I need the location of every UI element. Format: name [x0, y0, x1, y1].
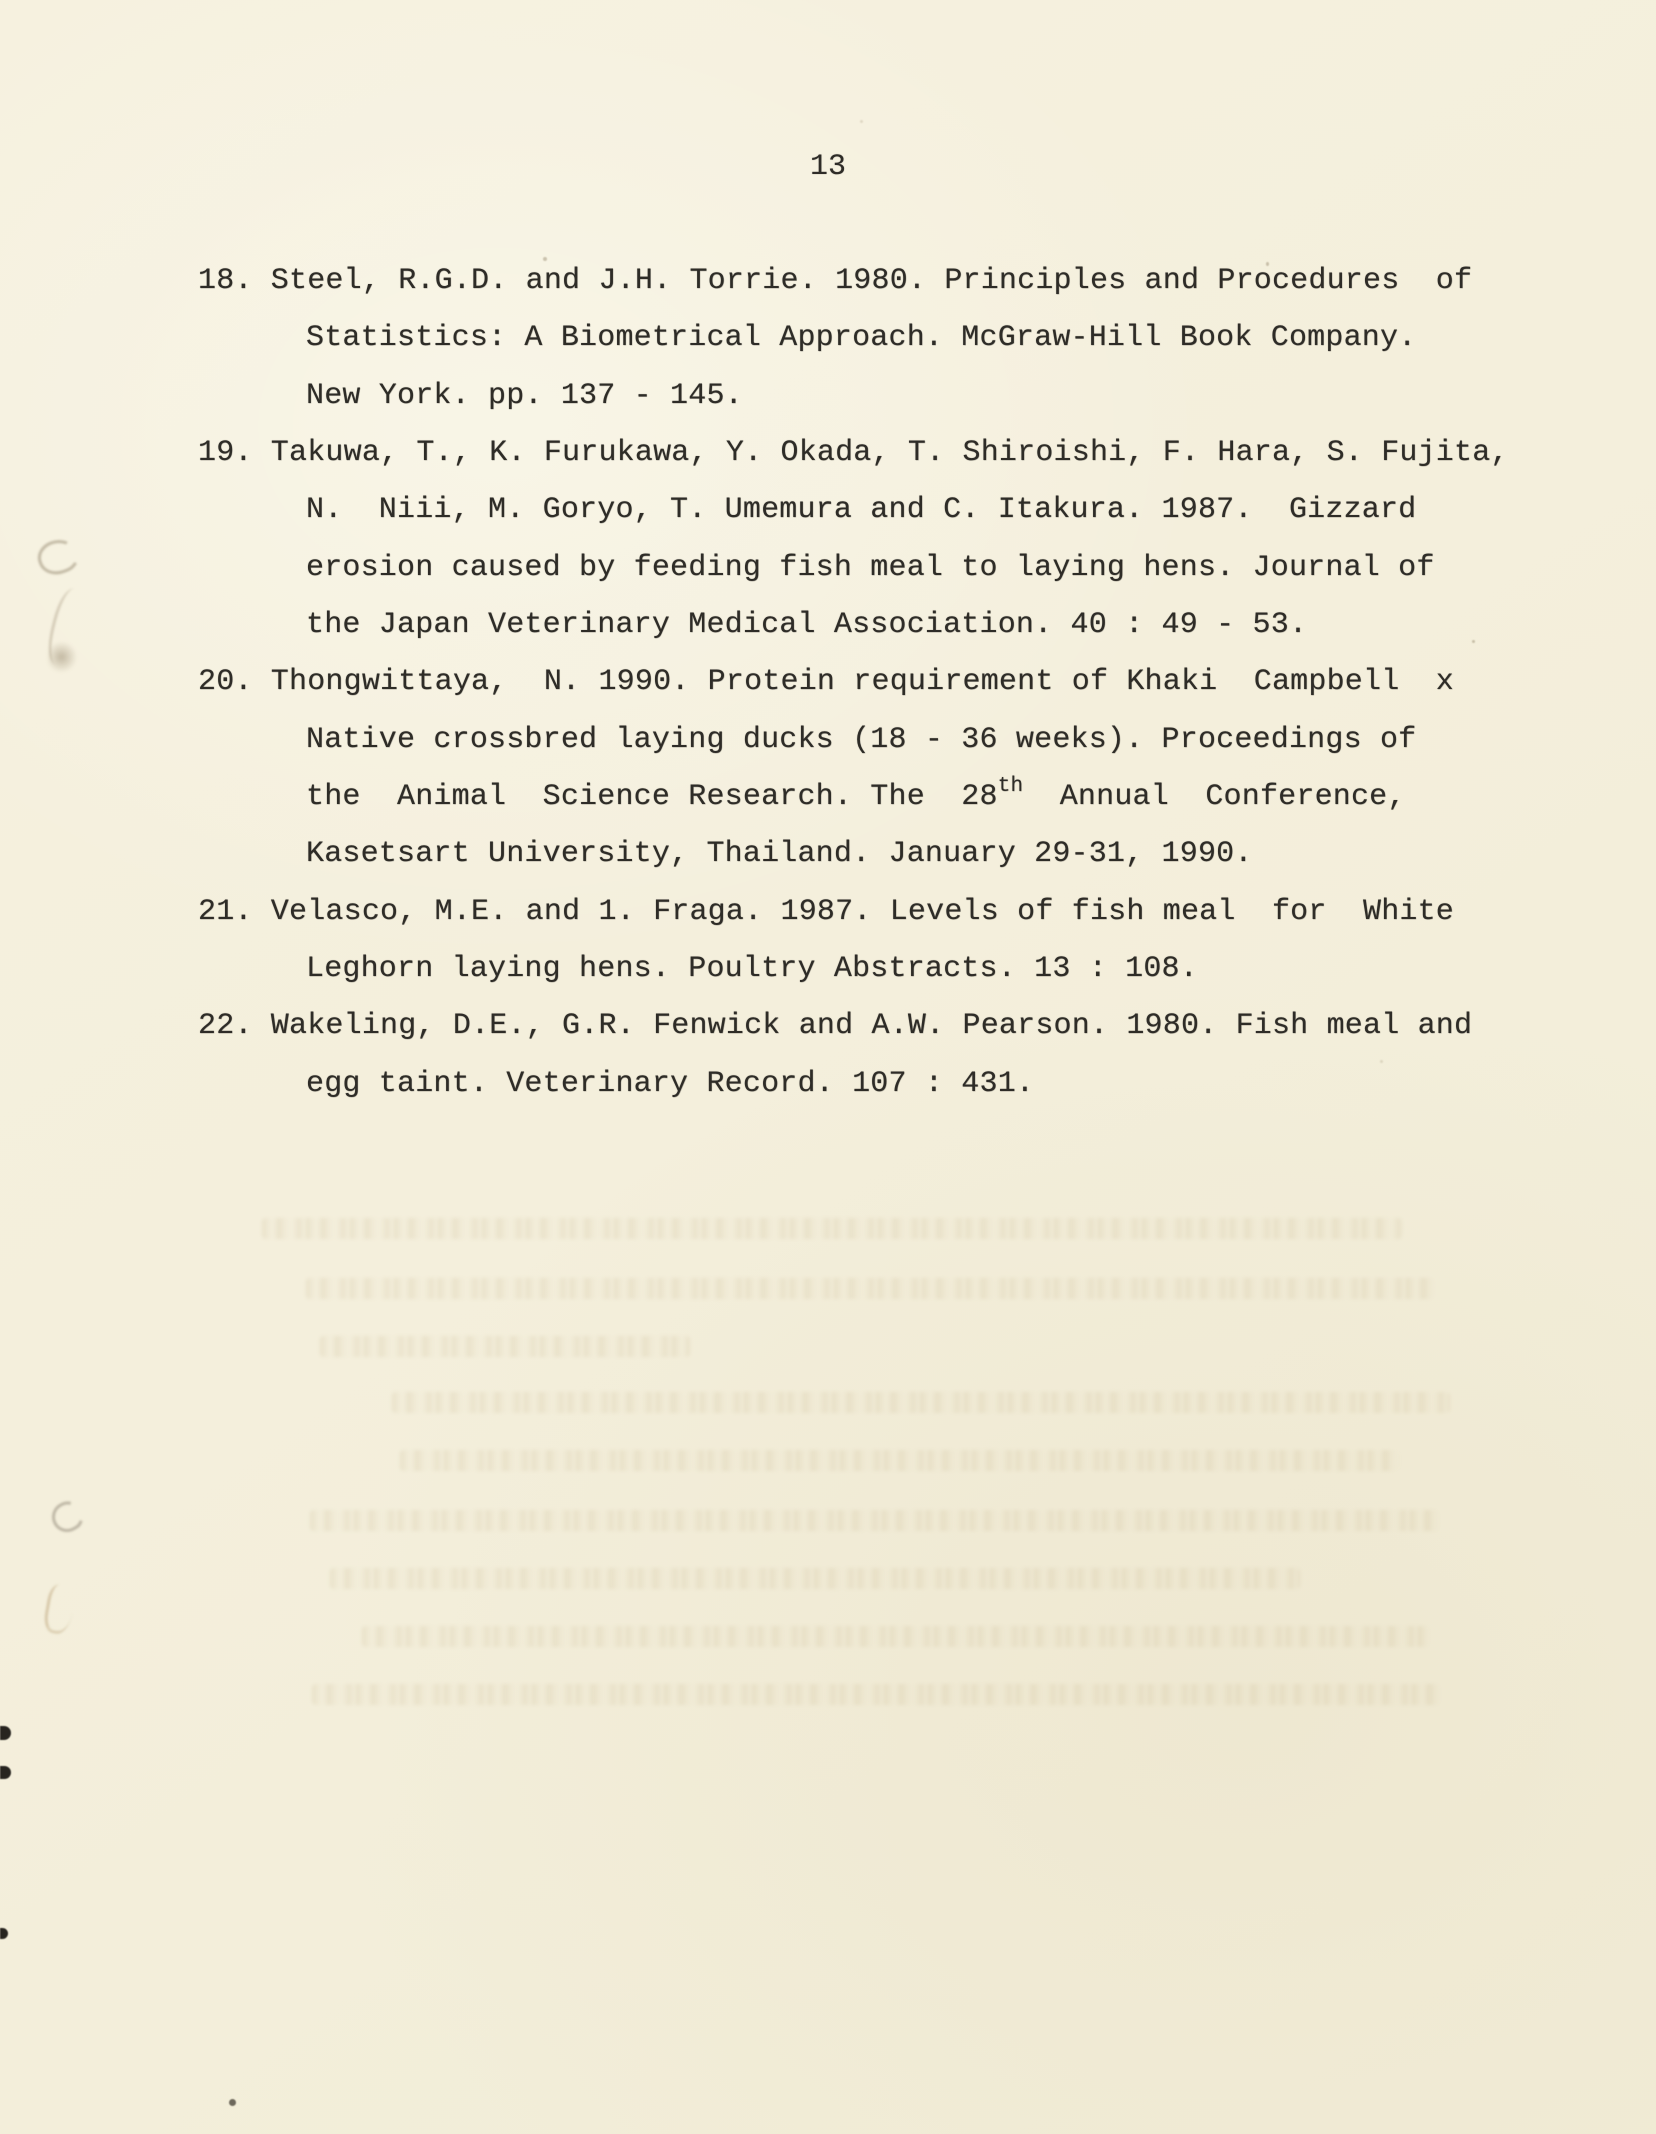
bleedthrough-line — [330, 1568, 1300, 1589]
bleedthrough-line — [320, 1336, 690, 1357]
page-number: 13 — [0, 150, 1656, 184]
reference-line-text: the Animal Science Research. The 28 — [306, 780, 998, 814]
reference-line: Statistics: A Biometrical Approach. McGr… — [198, 310, 1538, 367]
bleedthrough-line — [262, 1218, 1402, 1239]
ink-dot — [229, 2099, 236, 2106]
reference-item: 18. Steel, R.G.D. and J.H. Torrie. 1980.… — [198, 253, 1538, 425]
paper-speck — [1380, 1060, 1383, 1063]
reference-item: 22. Wakeling, D.E., G.R. Fenwick and A.W… — [198, 998, 1538, 1113]
paper-speck — [860, 120, 863, 123]
paper-speck — [1472, 640, 1475, 643]
superscript-text: th — [998, 775, 1024, 798]
margin-smudge — [48, 642, 78, 672]
reference-line: 21. Velasco, M.E. and 1. Fraga. 1987. Le… — [198, 884, 1538, 941]
bleedthrough-line — [362, 1626, 1430, 1647]
reference-line: the Japan Veterinary Medical Association… — [198, 597, 1538, 654]
edge-dot — [0, 1928, 8, 1939]
reference-line: erosion caused by feeding fish meal to l… — [198, 540, 1538, 597]
margin-smudge — [47, 1497, 88, 1538]
margin-smudge — [42, 1583, 77, 1636]
reference-item: 20. Thongwittaya, N. 1990. Protein requi… — [198, 654, 1538, 883]
references-list: 18. Steel, R.G.D. and J.H. Torrie. 1980.… — [198, 253, 1538, 1113]
reference-item: 19. Takuwa, T., K. Furukawa, Y. Okada, T… — [198, 425, 1538, 654]
bleedthrough-line — [310, 1510, 1440, 1531]
reference-line: Kasetsart University, Thailand. January … — [198, 826, 1538, 883]
reference-line: the Animal Science Research. The 28th An… — [198, 769, 1538, 826]
bleedthrough-line — [306, 1278, 1434, 1299]
bleedthrough-line — [400, 1450, 1400, 1471]
reference-item: 21. Velasco, M.E. and 1. Fraga. 1987. Le… — [198, 884, 1538, 999]
reference-line: egg taint. Veterinary Record. 107 : 431. — [198, 1056, 1538, 1113]
reference-line-text: Annual Conference, — [1023, 780, 1405, 814]
reference-line: New York. pp. 137 - 145. — [198, 368, 1538, 425]
reference-line: 19. Takuwa, T., K. Furukawa, Y. Okada, T… — [198, 425, 1538, 482]
reference-line: 22. Wakeling, D.E., G.R. Fenwick and A.W… — [198, 998, 1538, 1055]
bleedthrough-line — [312, 1684, 1440, 1705]
paper-speck — [543, 257, 547, 261]
reference-line: N. Niii, M. Goryo, T. Umemura and C. Ita… — [198, 482, 1538, 539]
reference-line: Native crossbred laying ducks (18 - 36 w… — [198, 712, 1538, 769]
margin-smudge — [33, 534, 82, 580]
paper-speck — [1266, 262, 1269, 266]
edge-dot — [0, 1766, 11, 1779]
scanned-document-page: 13 18. Steel, R.G.D. and J.H. Torrie. 19… — [0, 0, 1656, 2134]
bleedthrough-line — [392, 1392, 1450, 1413]
edge-dot — [0, 1726, 11, 1740]
reference-line: 20. Thongwittaya, N. 1990. Protein requi… — [198, 654, 1538, 711]
reference-line: 18. Steel, R.G.D. and J.H. Torrie. 1980.… — [198, 253, 1538, 310]
reference-line: Leghorn laying hens. Poultry Abstracts. … — [198, 941, 1538, 998]
